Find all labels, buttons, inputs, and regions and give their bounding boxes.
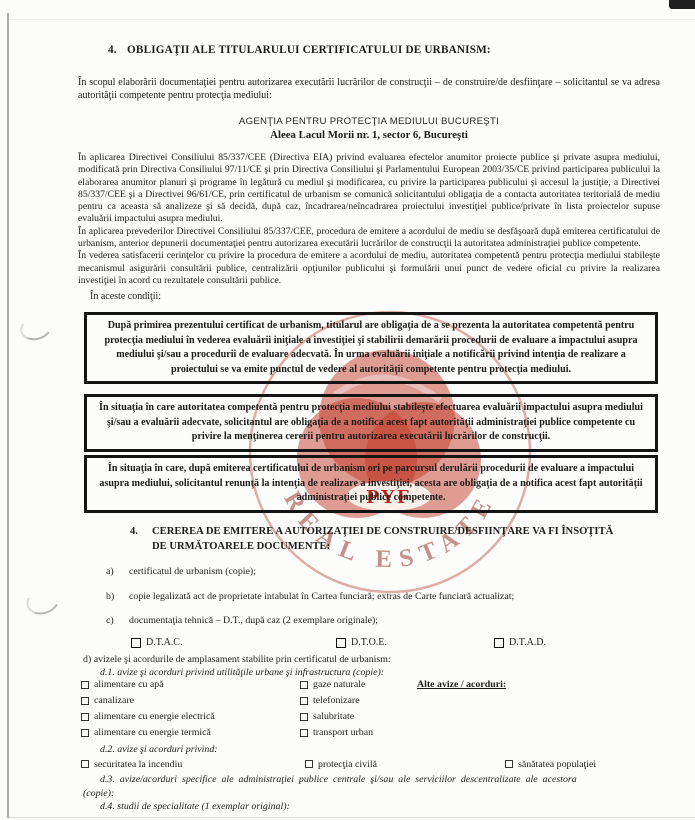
page-edge-shadow [7, 13, 9, 818]
section-number: 4. [108, 44, 127, 56]
item-d-label: d) avizele şi acordurile de amplasament … [83, 654, 660, 665]
item-text: copie legalizată act de proprietate inta… [129, 591, 514, 602]
d2-label: d.2. avize şi acorduri privind: [100, 744, 660, 755]
checkbox-icon [81, 760, 89, 768]
avize-row: alimentare cu apă gaze naturale Alte avi… [78, 679, 660, 694]
checkbox-icon [131, 638, 141, 648]
checkbox-icon [494, 638, 504, 648]
checkbox-protectie-civila: protecţia civilă [305, 756, 505, 772]
pen-mark [23, 583, 64, 619]
agency-name: AGENŢIA PENTRU PROTECŢIA MEDIULUI BUCURE… [78, 116, 660, 127]
checkbox-alimentare-apa: alimentare cu apă [81, 679, 300, 690]
section-title-text: OBLIGAŢII ALE TITULARULUI CERTIFICATULUI… [127, 44, 491, 56]
checkbox-icon [300, 697, 308, 705]
avize-row: alimentare cu energie electrică salubrit… [78, 711, 660, 726]
avize-row: canalizare telefonizare [78, 695, 660, 710]
d4-label: d.4. studii de specialitate (1 exemplar … [100, 801, 660, 812]
d3-label: d.3. avize/acorduri specifice ale admini… [78, 773, 660, 787]
checkbox-icon [81, 729, 89, 737]
d1-label: d.1. avize şi acorduri privind utilităţi… [100, 667, 660, 678]
request-section-title: 4. CEREREA DE EMITERE A AUTORIZAŢIEI DE … [78, 524, 660, 554]
scan-streak [9, 19, 695, 20]
checkbox-icon [336, 638, 346, 648]
list-item-c: c) documentaţia tehnică – D.T., după caz… [78, 615, 660, 626]
directives-paragraphs: În aplicarea Directivei Consiliului 85/3… [78, 152, 660, 298]
notice-box-1: După primirea prezentului certificat de … [84, 312, 658, 384]
scanned-document-page: PYF REAL ESTATE 4. OBLIGAŢII ALE TITULAR… [0, 0, 695, 820]
item-text: certificatul de urbanism (copie); [129, 566, 256, 577]
checkbox-sanatatea-populatiei: sănătatea populaţiei [505, 756, 596, 772]
item-text: documentaţia tehnică – D.T., după caz (2… [129, 615, 378, 626]
avize-row: alimentare cu energie termică transport … [78, 727, 660, 742]
request-section: 4. CEREREA DE EMITERE A AUTORIZAŢIEI DE … [78, 524, 660, 812]
section-number: 4. [130, 524, 152, 554]
notice-box-3: În situaţia în care, după emiterea certi… [84, 455, 658, 513]
obligations-intro: În scopul elaborării documentaţiei pentr… [78, 76, 660, 103]
scan-bottom-edge [8, 817, 695, 818]
checkbox-dtoe: D.T.O.E. [336, 635, 494, 650]
obligations-section-title: 4. OBLIGAŢII ALE TITULARULUI CERTIFICATU… [78, 44, 660, 56]
checkbox-securitate-incendiu: securitatea la incendiu [81, 756, 305, 772]
checkbox-icon [300, 713, 308, 721]
scan-artifact-corner [669, 0, 695, 9]
agency-address: Aleea Lacul Morii nr. 1, sector 6, Bucur… [78, 129, 660, 141]
checkbox-icon [300, 729, 308, 737]
checkbox-salubritate: salubritate [300, 711, 417, 722]
checkbox-transport-urban: transport urban [300, 727, 417, 738]
checkbox-energie-termica: alimentare cu energie termică [81, 727, 300, 738]
checkbox-dtac: D.T.A.C. [131, 635, 336, 650]
checkbox-icon [305, 760, 313, 768]
paragraph: În aplicarea prevederilor Directivei Con… [78, 226, 660, 251]
checkbox-dtad: D.T.A.D. [494, 635, 546, 650]
checkbox-icon [81, 713, 89, 721]
dt-checkbox-row: D.T.A.C. D.T.O.E. D.T.A.D. [78, 635, 660, 650]
paragraph: În vederea satisfacerii cerinţelor cu pr… [78, 250, 660, 287]
checkbox-energie-electrica: alimentare cu energie electrică [81, 711, 300, 722]
d3-suffix: (copie): [83, 787, 660, 801]
section-title-text: CEREREA DE EMITERE A AUTORIZAŢIEI DE CON… [152, 524, 614, 554]
paragraph: În aplicarea Directivei Consiliului 85/3… [78, 152, 660, 226]
checkbox-canalizare: canalizare [81, 695, 300, 706]
checkbox-icon [81, 681, 89, 689]
checkbox-icon [300, 681, 308, 689]
avize-row: securitatea la incendiu protecţia civilă… [78, 756, 660, 772]
checkbox-icon [81, 697, 89, 705]
alte-avize-header: Alte avize / acorduri: [417, 679, 506, 690]
checkbox-gaze-naturale: gaze naturale [300, 679, 417, 690]
checkbox-icon [505, 760, 513, 768]
list-item-b: b) copie legalizată act de proprietate i… [78, 591, 660, 602]
notice-box-2: În situaţia în care autoritatea competen… [84, 394, 658, 452]
list-item-a: a) certificatul de urbanism (copie); [78, 566, 660, 577]
pen-mark [17, 312, 54, 343]
checkbox-telefonizare: telefonizare [300, 695, 417, 706]
conditions-label: În aceste condiţii: [78, 291, 660, 302]
agency-block: AGENŢIA PENTRU PROTECŢIA MEDIULUI BUCURE… [78, 116, 660, 141]
